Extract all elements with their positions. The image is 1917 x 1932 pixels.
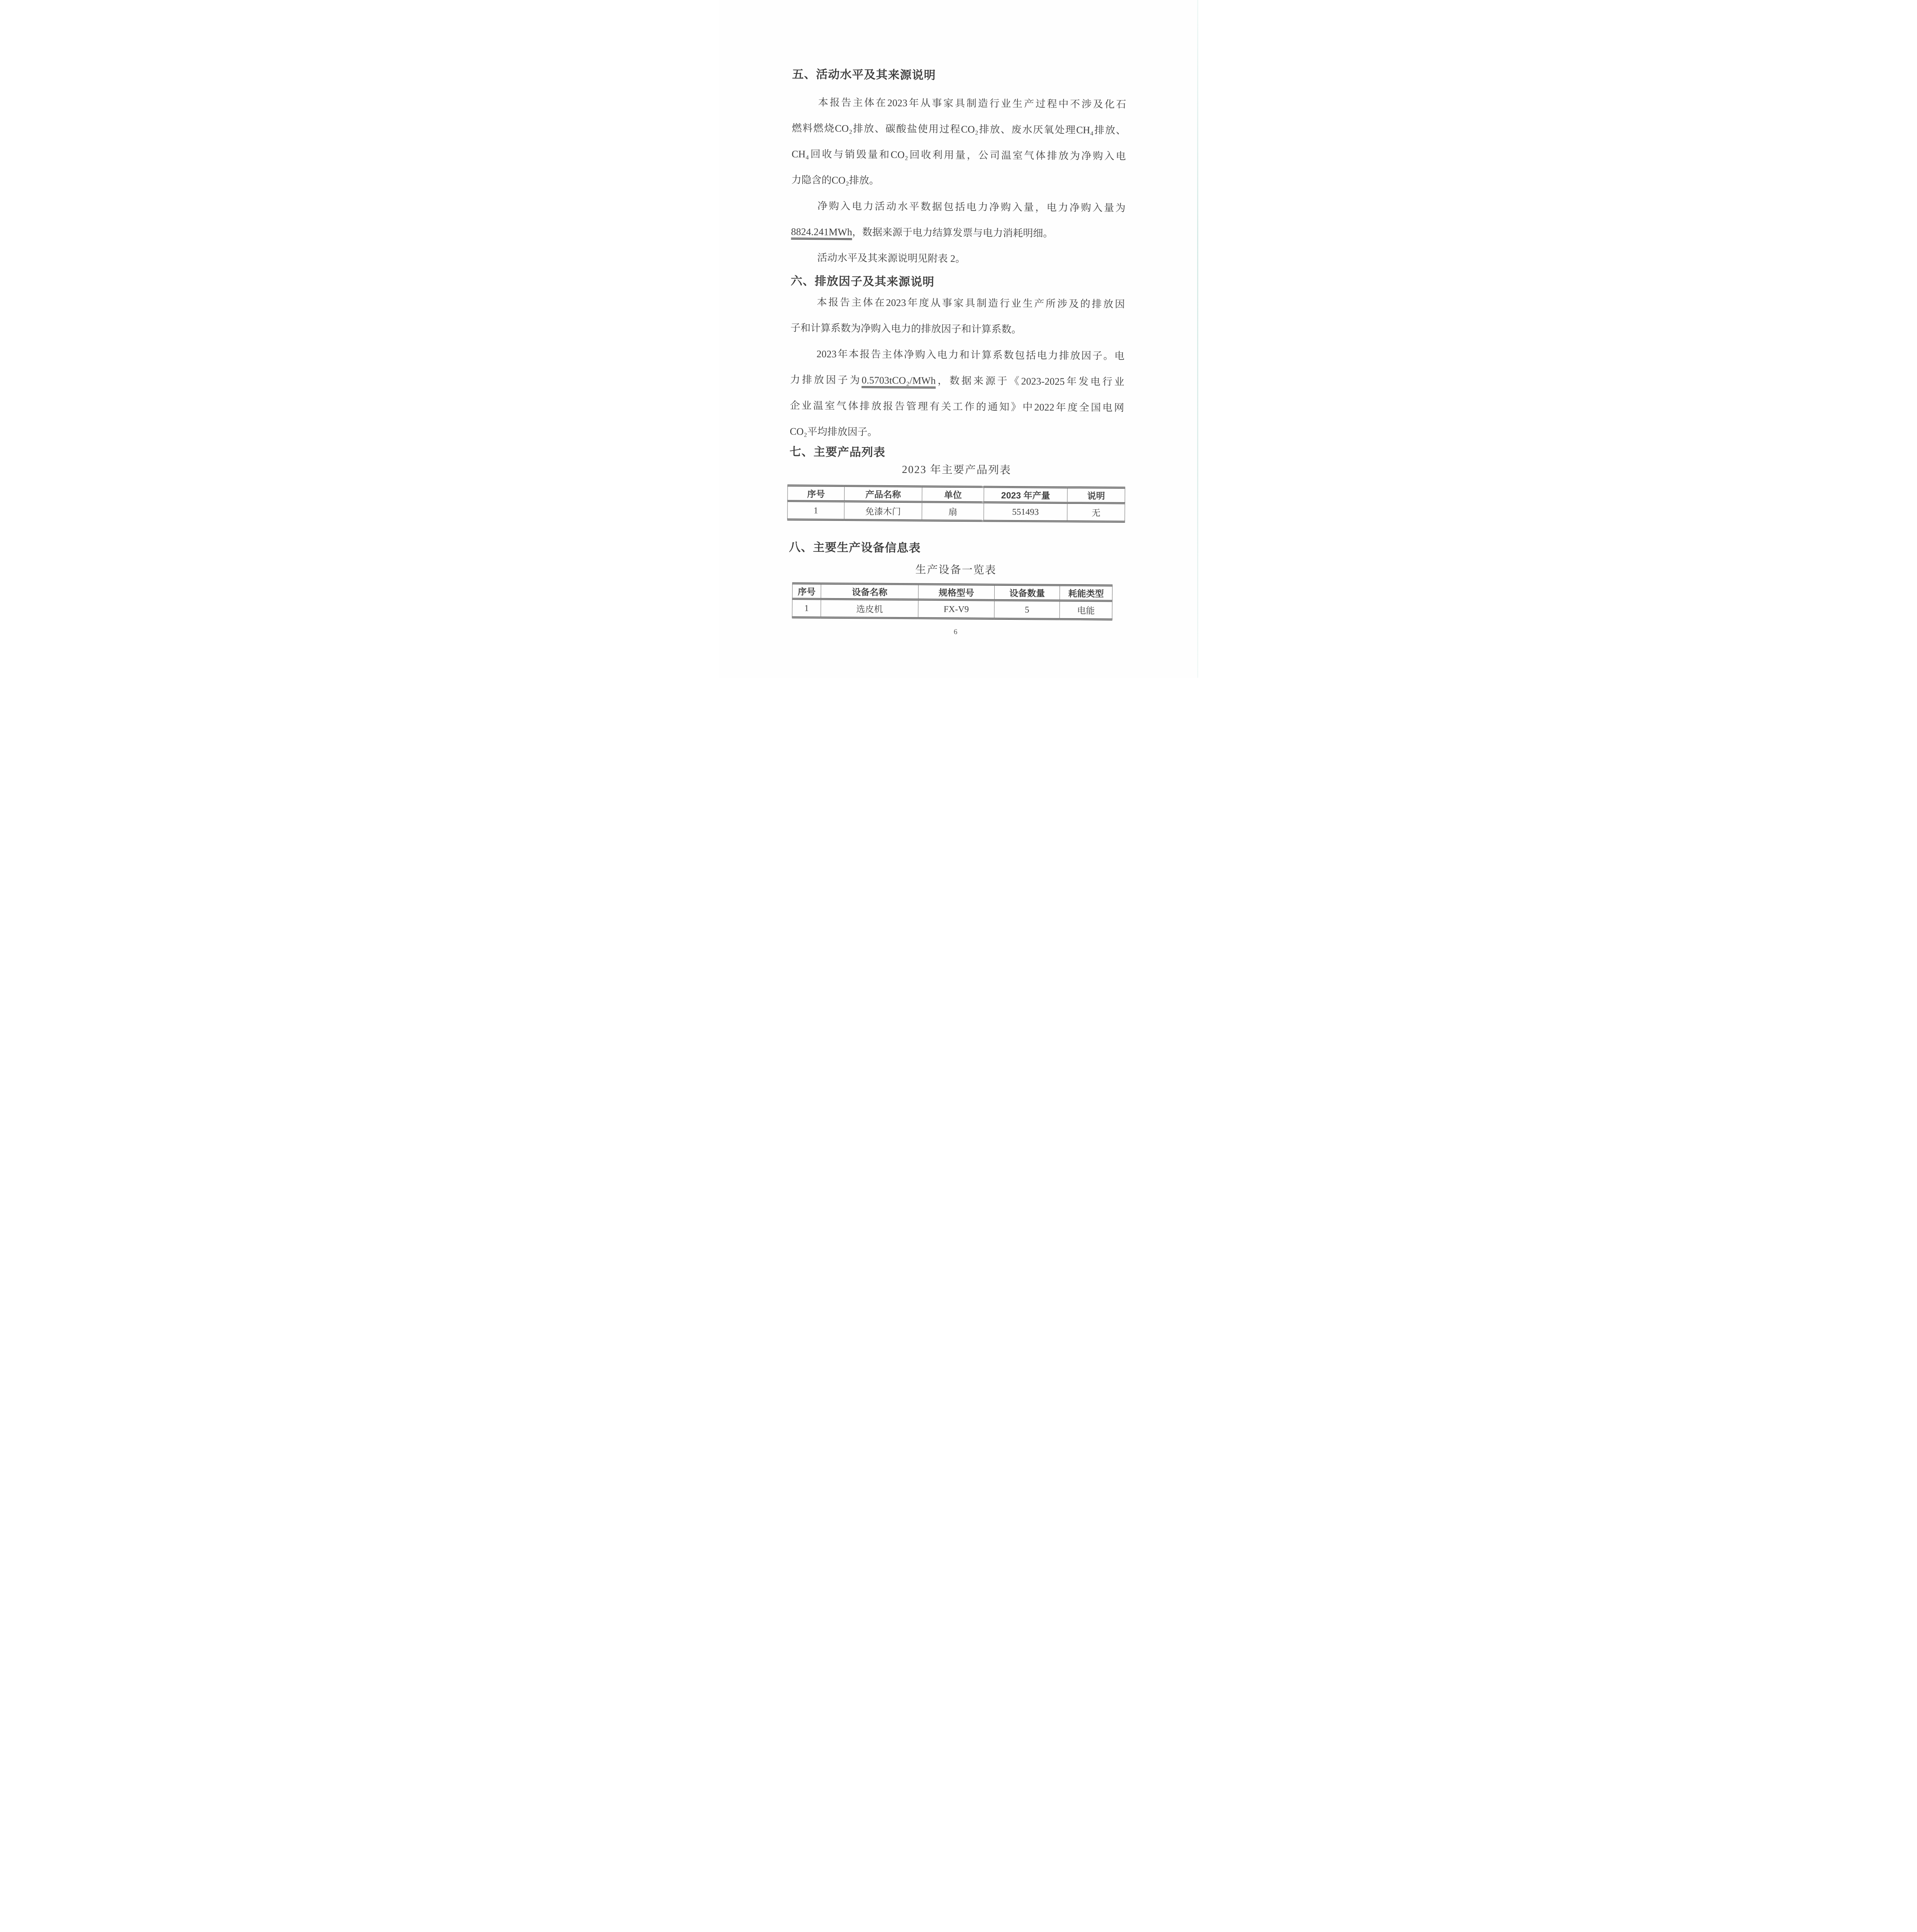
section5-heading: 五、活动水平及其来源说明 [792, 67, 1126, 85]
section5-note: 活动水平及其来源说明见附表 2。 [791, 245, 1125, 273]
text-segment: 力排放因子为 [790, 374, 861, 386]
table-header-cell: 序号 [787, 485, 844, 502]
text-line: 力排放因子为0.5703tCO₂/MWh，数据来源于《2023-2025年发电行… [790, 367, 1124, 395]
section8-heading: 八、主要生产设备信息表 [789, 540, 1123, 558]
section6-paragraph-1: 本报告主体在2023年度从事家具制造行业生产所涉及的排放因 子和计算系数为净购入… [790, 289, 1125, 343]
table-cell: 1 [792, 600, 820, 618]
underlined-electricity-value: 8824.241MWh [791, 226, 852, 240]
table-cell: 1 [787, 502, 844, 521]
section5-paragraph-1: 本报告主体在2023年从事家具制造行业生产过程中不涉及化石 燃料燃烧CO₂排放、… [791, 89, 1126, 195]
table-header-cell: 2023 年产量 [983, 486, 1067, 503]
section5-paragraph-2: 净购入电力活动水平数据包括电力净购入量，电力净购入量为 8824.241MWh，… [791, 193, 1125, 247]
text-line: 企业温室气体排放报告管理有关工作的通知》中2022年度全国电网 [789, 393, 1124, 421]
table-header-cell: 设备名称 [820, 583, 918, 601]
table-header-cell: 规格型号 [918, 583, 994, 601]
products-table-title: 2023 年主要产品列表 [789, 461, 1123, 479]
text-segment: ，数据来源于电力结算发票与电力消耗明细。 [852, 226, 1053, 239]
section6-heading: 六、排放因子及其来源说明 [791, 274, 1125, 291]
page-number: 6 [788, 626, 1123, 638]
section7-heading: 七、主要产品列表 [789, 444, 1124, 462]
table-header-cell: 单位 [922, 485, 983, 503]
table-cell: 免漆木门 [844, 502, 922, 521]
products-table: 序号 产品名称 单位 2023 年产量 说明 1 免漆木门 扇 551493 无 [787, 485, 1125, 523]
table-row: 1 选皮机 FX-V9 5 电能 [792, 600, 1112, 620]
table-cell: 电能 [1059, 602, 1112, 621]
text-segment: ，数据来源于《2023-2025年发电行业 [936, 375, 1124, 388]
text-line: 燃料燃烧CO₂排放、碳酸盐使用过程CO₂排放、废水厌氧处理CH₄排放、 [791, 115, 1126, 143]
table-cell: 扇 [922, 503, 983, 522]
scanned-sheet: 五、活动水平及其来源说明 本报告主体在2023年从事家具制造行业生产过程中不涉及… [788, 67, 1126, 638]
section6-paragraph-2: 2023年本报告主体净购入电力和计算系数包括电力排放因子。电 力排放因子为0.5… [789, 341, 1124, 447]
text-line: 本报告主体在2023年从事家具制造行业生产过程中不涉及化石 [792, 89, 1126, 117]
table-header-cell: 耗能类型 [1059, 584, 1112, 602]
text-line: 力隐含的CO₂排放。 [791, 167, 1125, 195]
table-cell: 551493 [983, 503, 1067, 522]
table-header-cell: 设备数量 [994, 584, 1059, 602]
text-line: CO₂平均排放因子。 [789, 418, 1124, 447]
document-page: 五、活动水平及其来源说明 本报告主体在2023年从事家具制造行业生产过程中不涉及… [719, 0, 1198, 678]
text-line: 净购入电力活动水平数据包括电力净购入量，电力净购入量为 [791, 193, 1125, 221]
table-header-cell: 说明 [1067, 486, 1125, 504]
text-line: CH₄回收与销毁量和CO₂回收利用量，公司温室气体排放为净购入电 [791, 141, 1126, 169]
table-header-row: 序号 产品名称 单位 2023 年产量 说明 [787, 485, 1125, 504]
text-line: 8824.241MWh，数据来源于电力结算发票与电力消耗明细。 [791, 219, 1125, 247]
text-line: 2023年本报告主体净购入电力和计算系数包括电力排放因子。电 [790, 341, 1124, 369]
devices-table-title: 生产设备一览表 [789, 561, 1123, 579]
table-cell: 5 [994, 601, 1059, 620]
table-row: 1 免漆木门 扇 551493 无 [787, 502, 1125, 523]
table-cell: 无 [1067, 504, 1125, 523]
text-line: 活动水平及其来源说明见附表 2。 [791, 245, 1125, 273]
underlined-emission-factor-value: 0.5703tCO₂/MWh [861, 374, 936, 388]
text-line: 本报告主体在2023年度从事家具制造行业生产所涉及的排放因 [790, 289, 1124, 317]
table-header-cell: 序号 [792, 582, 820, 600]
table-header-cell: 产品名称 [844, 485, 922, 503]
devices-table: 序号 设备名称 规格型号 设备数量 耗能类型 1 选皮机 FX-V9 5 电能 [792, 582, 1112, 620]
text-line: 子和计算系数为净购入电力的排放因子和计算系数。 [790, 315, 1124, 343]
table-cell: 选皮机 [820, 600, 918, 619]
scanner-edge-artifact [1197, 0, 1198, 678]
table-cell: FX-V9 [918, 600, 994, 619]
table-header-row: 序号 设备名称 规格型号 设备数量 耗能类型 [792, 582, 1112, 602]
